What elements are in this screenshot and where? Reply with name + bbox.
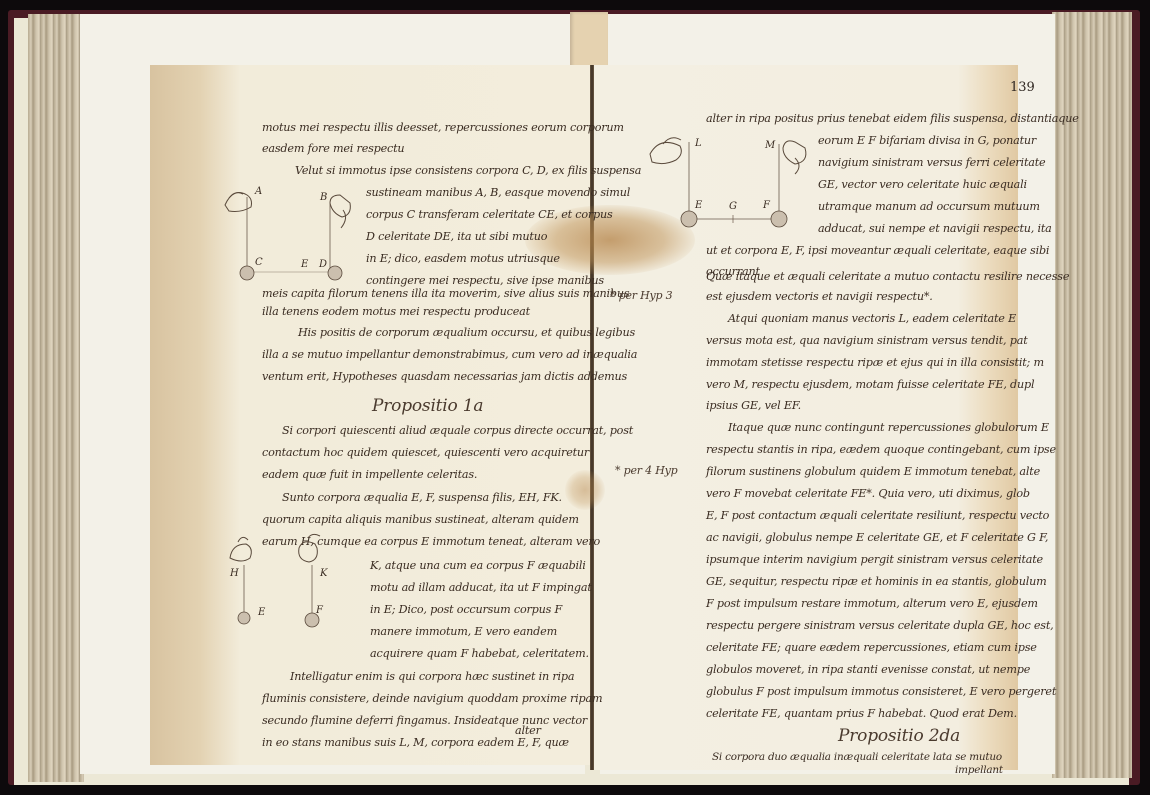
svg-text:F: F	[762, 200, 771, 211]
pendulum-diagram-hk: H K E F	[220, 530, 340, 640]
itaque-line-14: celeritate FE, quantam prius F habebat. …	[706, 703, 1017, 725]
svg-text:F: F	[315, 605, 324, 616]
sunto-line-2: quorum capita aliquis manibus sustineat,…	[262, 509, 579, 531]
water-stain-small	[565, 470, 605, 510]
svg-text:M: M	[764, 140, 776, 151]
itaque-line-2: respectu stantis in ripa, eædem quoque c…	[706, 439, 1056, 461]
hand-icon	[783, 141, 806, 174]
svg-text:C: C	[255, 257, 263, 268]
his-line-3: ventum erit, Hypotheses quasdam necessar…	[262, 366, 627, 388]
svg-text:A: A	[254, 186, 262, 197]
sunto-line-5: motu ad illam adducat, ita ut F impingat	[370, 577, 592, 599]
svg-text:B: B	[319, 192, 327, 203]
alter-line-6: adducat, sui nempe et navigii respectu, …	[818, 218, 1052, 240]
hand-icon	[230, 537, 251, 561]
hand-icon	[299, 534, 320, 562]
pendulum-figure-lm: L M E G F	[645, 132, 825, 246]
gutter-guard-strip	[570, 12, 608, 70]
velut-line-5: in E; dico, easdem motus utriusque	[366, 248, 560, 270]
itaque-line-12: globulos moveret, in ripa stanti eveniss…	[706, 659, 1030, 681]
svg-text:H: H	[229, 568, 239, 579]
itaque-line-8: GE, sequitur, respectu ripæ et hominis i…	[706, 571, 1047, 593]
pendulum-figure-ab: A B C E D	[215, 180, 355, 294]
velut-line-4: D celeritate DE, ita ut sibi mutuo	[366, 226, 547, 248]
catchword: alter	[515, 720, 541, 742]
itaque-line-13: globulus F post impulsum immotus consist…	[706, 681, 1056, 703]
hand-icon	[650, 138, 681, 164]
itaque-line-1: Itaque quæ nunc contingunt repercussione…	[728, 417, 1049, 439]
prop1-line-2: contactum hoc quidem quiescet, quiescent…	[262, 442, 589, 464]
hand-icon	[225, 193, 252, 212]
pendulum-figure-hk: H K E F	[220, 530, 340, 644]
margin-note-hyp3: * per Hyp 3	[610, 285, 672, 307]
atqui-line-1: Atqui quoniam manus vectoris L, eadem ce…	[728, 308, 1016, 330]
margin-note-hyp4: * per 4 Hyp	[615, 460, 677, 482]
sunto-line-4: K, atque una cum ea corpus F æquabili	[370, 555, 586, 577]
alter-line-5: utramque manum ad occursum mutuum	[818, 196, 1040, 218]
itaque-line-5: E, F post contactum æquali celeritate re…	[706, 505, 1049, 527]
folio-number: 139	[1010, 80, 1035, 95]
atqui-line-2: versus mota est, qua navigium sinistram …	[706, 330, 1028, 352]
velut-line-2: sustineam manibus A, B, easque movendo s…	[366, 182, 630, 204]
left-line-2: easdem fore mei respectu	[262, 138, 404, 160]
left-page-edges	[28, 14, 84, 782]
left-line-1: motus mei respectu illis deesset, reperc…	[262, 117, 624, 139]
his-line-1: His positis de corporum æqualium occursu…	[298, 322, 635, 344]
alter-line-2: eorum E F bifariam divisa in G, ponatur	[818, 130, 1036, 152]
his-line-2: illa a se mutuo impellantur demonstrabim…	[262, 344, 637, 366]
atqui-line-3: immotam stetisse respectu ripæ et ejus q…	[706, 352, 1044, 374]
intelligatur-line-1: Intelligatur enim is qui corpora hæc sus…	[290, 666, 574, 688]
propositio-1-heading: Propositio 1a	[372, 395, 483, 417]
velut-line-1: Velut si immotus ipse consistens corpora…	[295, 160, 641, 182]
svg-text:G: G	[729, 201, 737, 212]
sunto-line-6: in E; Dico, post occursum corpus F	[370, 599, 562, 621]
sunto-line-1: Sunto corpora æqualia E, F, suspensa fil…	[282, 487, 562, 509]
svg-text:K: K	[319, 568, 328, 579]
svg-text:L: L	[694, 138, 702, 149]
atqui-line-5: ipsius GE, vel EF.	[706, 395, 801, 417]
prop1-line-3: eadem quæ fuit in impellente celeritas.	[262, 464, 477, 486]
itaque-line-9: F post impulsum restare immotum, alterum…	[706, 593, 1038, 615]
svg-text:E: E	[694, 200, 703, 211]
intelligatur-line-2: fluminis consistere, deinde navigium quo…	[262, 688, 602, 710]
itaque-line-11: celeritate FE; quare eædem repercussione…	[706, 637, 1037, 659]
itaque-line-10: respectu pergere sinistram versus celeri…	[706, 615, 1053, 637]
prop2-line-2: impellant	[955, 762, 1003, 778]
itaque-line-3: filorum sustinens globulum quidem E immo…	[706, 461, 1040, 483]
sunto-line-7: manere immotum, E vero eandem	[370, 621, 557, 643]
alter-line-1: alter in ripa positus prius tenebat eide…	[706, 108, 1079, 130]
svg-text:D: D	[318, 259, 327, 270]
alter-line-3: navigium sinistram versus ferri celerita…	[818, 152, 1045, 174]
svg-text:E: E	[257, 607, 266, 618]
propositio-2-heading: Propositio 2da	[838, 725, 960, 747]
atqui-line-4: vero M, respectu ejusdem, motam fuisse c…	[706, 374, 1034, 396]
pendulum-diagram-ab: A B C E D	[215, 180, 355, 290]
velut-line-3: corpus C transferam celeritate CE, et co…	[366, 204, 613, 226]
prop1-line-1: Si corpori quiescenti aliud æquale corpu…	[282, 420, 633, 442]
alter-line-4: GE, vector vero celeritate huic æquali	[818, 174, 1027, 196]
itaque-line-6: ac navigii, globulus nempe E celeritate …	[706, 527, 1048, 549]
velut-line-8: illa tenens eodem motus mei respectu pro…	[262, 301, 530, 323]
quae-line-1: Quæ itaque et æquali celeritate a mutuo …	[706, 266, 1069, 288]
quae-line-2: est ejusdem vectoris et navigii respectu…	[706, 286, 933, 308]
itaque-line-7: ipsumque interim navigium pergit sinistr…	[706, 549, 1043, 571]
pendulum-diagram-lm: L M E G F	[645, 132, 825, 242]
sunto-line-8: acquirere quam F habebat, celeritatem.	[370, 643, 589, 665]
itaque-line-4: vero F movebat celeritate FE*. Quia vero…	[706, 483, 1030, 505]
hand-icon	[330, 195, 350, 228]
svg-text:E: E	[300, 259, 309, 270]
